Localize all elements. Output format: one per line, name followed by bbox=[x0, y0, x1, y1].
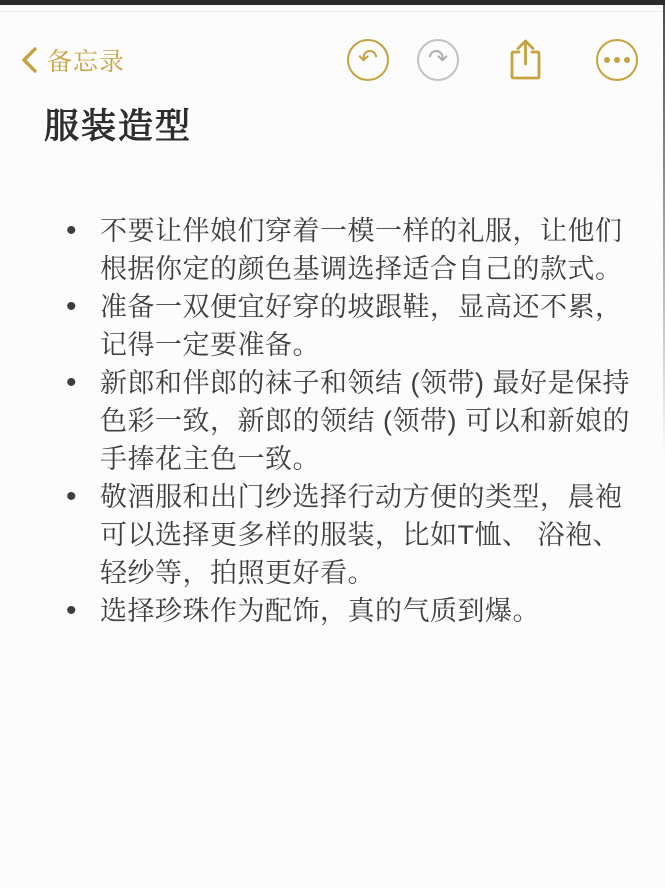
list-item-text: 选择珍珠作为配饰，真的气质到爆。 bbox=[100, 592, 645, 630]
note-title: 服装造型 bbox=[44, 104, 645, 150]
toolbar-actions: ↶ ↷ bbox=[347, 37, 638, 83]
more-ellipsis-icon[interactable] bbox=[596, 39, 638, 81]
note-editor[interactable]: 服装造型 • 不要让伴娘们穿着一模一样的礼服，让他们 根据你定的颜色基调选择适合… bbox=[44, 104, 645, 630]
chevron-left-icon bbox=[20, 46, 38, 74]
navigation-bar: 备忘录 ↶ ↷ bbox=[0, 28, 665, 92]
bullet-marker: • bbox=[66, 478, 100, 516]
bullet-marker: • bbox=[66, 288, 100, 326]
list-item-text: 敬酒服和出门纱选择行动方便的类型，晨袍 可以选择更多样的服装，比如T恤、 浴袍、… bbox=[100, 478, 645, 592]
back-to-notes-button[interactable]: 备忘录 bbox=[20, 42, 125, 78]
list-item: • 新郎和伴郎的袜子和领结 (领带) 最好是保持 色彩一致，新郎的领结 (领带)… bbox=[44, 364, 645, 478]
back-button-label: 备忘录 bbox=[47, 42, 125, 78]
list-item-text: 准备一双便宜好穿的坡跟鞋，显高还不累， 记得一定要准备。 bbox=[100, 288, 645, 364]
list-item: • 准备一双便宜好穿的坡跟鞋，显高还不累， 记得一定要准备。 bbox=[44, 288, 645, 364]
list-item: • 敬酒服和出门纱选择行动方便的类型，晨袍 可以选择更多样的服装，比如T恤、 浴… bbox=[44, 478, 645, 592]
redo-icon: ↷ bbox=[417, 39, 459, 81]
bullet-list: • 不要让伴娘们穿着一模一样的礼服，让他们 根据你定的颜色基调选择适合自己的款式… bbox=[44, 212, 645, 630]
bullet-marker: • bbox=[66, 212, 100, 250]
status-bar-divider bbox=[0, 11, 665, 12]
list-item: • 选择珍珠作为配饰，真的气质到爆。 bbox=[44, 592, 645, 630]
photo-top-strip bbox=[0, 0, 665, 5]
list-item-text: 不要让伴娘们穿着一模一样的礼服，让他们 根据你定的颜色基调选择适合自己的款式。 bbox=[100, 212, 645, 288]
undo-icon[interactable]: ↶ bbox=[347, 39, 389, 81]
bullet-marker: • bbox=[66, 364, 100, 402]
list-item-text: 新郎和伴郎的袜子和领结 (领带) 最好是保持 色彩一致，新郎的领结 (领带) 可… bbox=[100, 364, 645, 478]
share-icon[interactable] bbox=[507, 37, 544, 83]
list-item: • 不要让伴娘们穿着一模一样的礼服，让他们 根据你定的颜色基调选择适合自己的款式… bbox=[44, 212, 645, 288]
bullet-marker: • bbox=[66, 592, 100, 630]
